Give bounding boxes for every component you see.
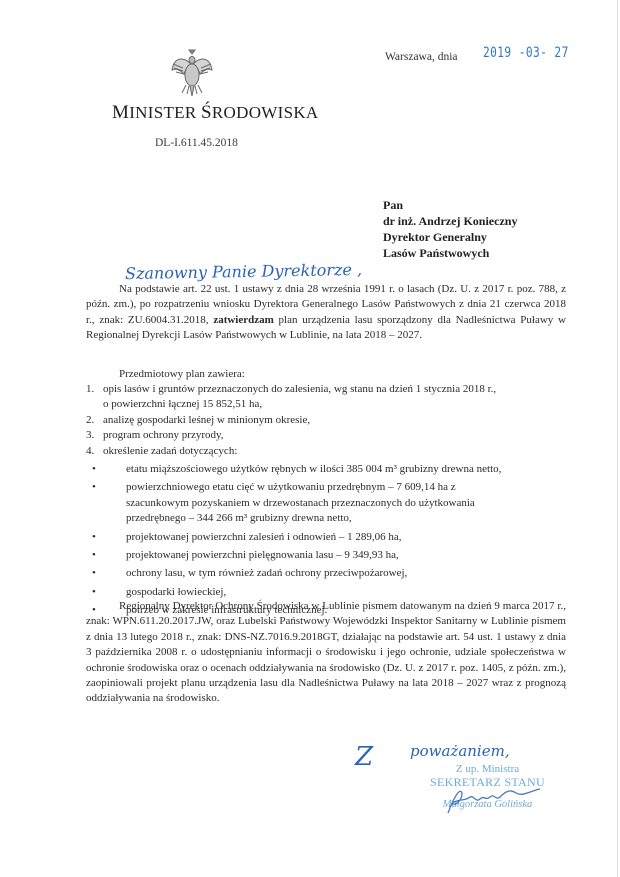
- bullet-item: •etatu miąższościowego użytków rębnych w…: [86, 462, 566, 477]
- addressee-line: Dyrektor Generalny: [383, 229, 517, 245]
- place-label: Warszawa, dnia: [385, 51, 458, 63]
- bullet-item: •projektowanej powierzchni pielęgnowania…: [86, 548, 566, 563]
- plan-contents-list: 1.opis lasów i gruntów przeznaczonych do…: [86, 382, 566, 619]
- handwritten-closing-word: poważaniem,: [410, 742, 510, 760]
- list-item: 4.określenie zadań dotyczących:: [86, 444, 566, 459]
- bullet-icon: •: [86, 480, 126, 526]
- date-stamp: 2019 -03- 27: [483, 45, 569, 61]
- bullet-item: •gospodarki łowieckiej,: [86, 585, 566, 600]
- reference-number: DL-I.611.45.2018: [155, 137, 238, 149]
- polish-eagle-emblem-icon: [170, 48, 214, 100]
- tasks-bullet-list: •etatu miąższościowego użytków rębnych w…: [86, 462, 566, 619]
- handwritten-greeting: Szanowny Panie Dyrektorze ,: [125, 260, 362, 283]
- list-intro: Przedmiotowy plan zawiera:: [86, 367, 566, 382]
- approval-keyword: zatwierdzam: [213, 314, 273, 326]
- bullet-item: •powierzchniowego etatu cięć w użytkowan…: [86, 480, 566, 526]
- addressee-line: Pan: [383, 197, 517, 213]
- list-item: 2.analizę gospodarki leśnej w minionym o…: [86, 413, 566, 428]
- bullet-icon: •: [86, 530, 126, 545]
- list-item: 3.program ochrony przyrody,: [86, 428, 566, 443]
- handwritten-closing-z: Z: [355, 742, 373, 772]
- list-item: 1.opis lasów i gruntów przeznaczonych do…: [86, 382, 566, 397]
- body-paragraph-2: Regionalny Dyrektor Ochrony Środowiska w…: [86, 599, 566, 707]
- body-paragraph-1: Na podstawie art. 22 ust. 1 ustawy z dni…: [86, 282, 566, 344]
- bullet-item: •projektowanej powierzchni zalesień i od…: [86, 530, 566, 545]
- bullet-icon: •: [86, 462, 126, 477]
- ministry-title: MINISTER ŚRODOWISKA: [112, 102, 319, 124]
- addressee-line: Lasów Państwowych: [383, 245, 517, 261]
- bullet-icon: •: [86, 566, 126, 581]
- bullet-item: •ochrony lasu, w tym również zadań ochro…: [86, 566, 566, 581]
- addressee-block: Pan dr inż. Andrzej Konieczny Dyrektor G…: [383, 197, 517, 261]
- list-item: o powierzchni łącznej 15 852,51 ha,: [86, 397, 566, 412]
- addressee-line: dr inż. Andrzej Konieczny: [383, 213, 517, 229]
- signature-scrawl-icon: [440, 785, 550, 815]
- bullet-icon: •: [86, 548, 126, 563]
- page-edge: [617, 0, 618, 877]
- bullet-icon: •: [86, 585, 126, 600]
